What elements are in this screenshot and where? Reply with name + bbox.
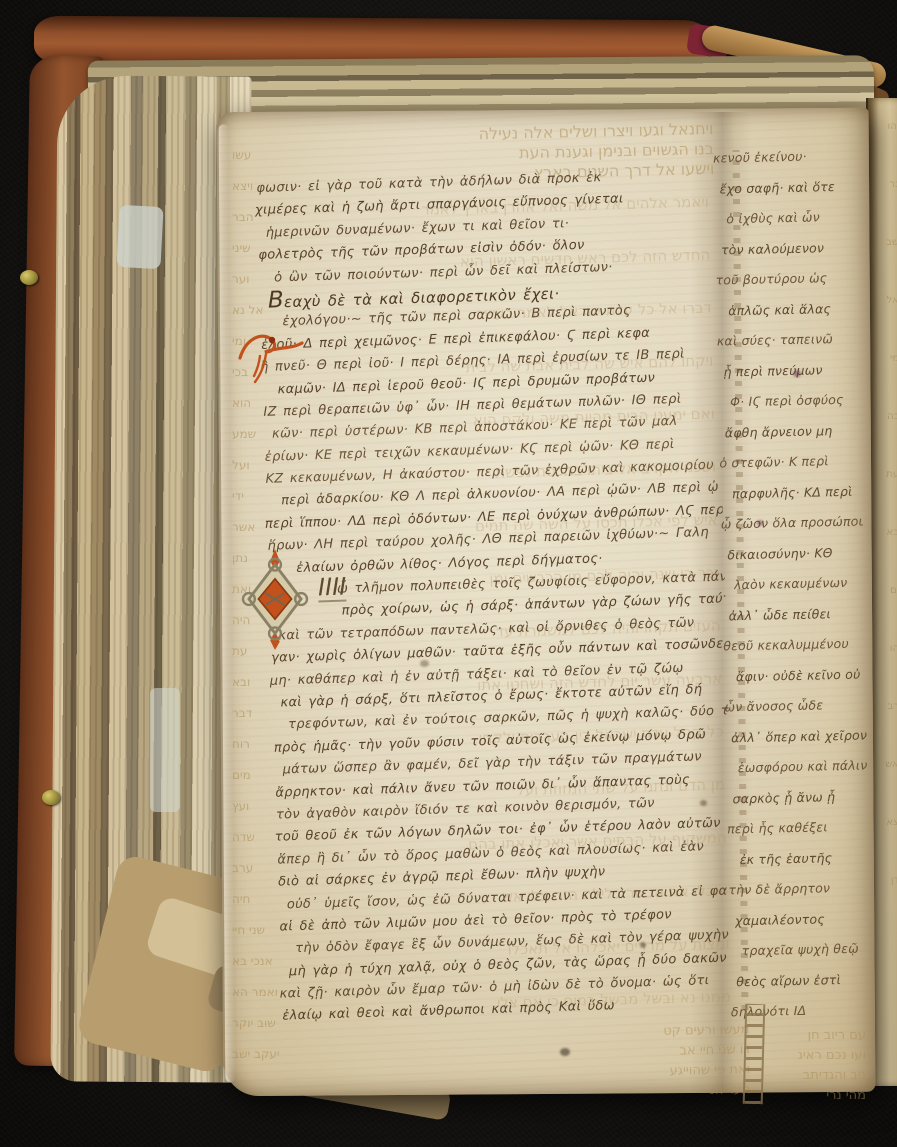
- hebrew-fragment: דן: [872, 852, 897, 910]
- hebrew-fragment: צא: [872, 794, 897, 852]
- hebrew-fragment: יעקב ישב: [232, 1039, 328, 1070]
- hebrew-fragment: עת: [872, 446, 897, 504]
- hebrew-fragment: רב: [872, 678, 897, 736]
- hebrew-line: ניב והגדיתב: [762, 1066, 866, 1086]
- hebrew-fragment: ים: [872, 562, 897, 620]
- hebrew-line: עם ריוב חן: [762, 1026, 866, 1046]
- hebrew-line: תעו יהנ: [545, 1080, 750, 1104]
- manuscript-photo: יהונרשבאלמיכהעתבאיםהורבאשצאדן ויחנאל וגע…: [0, 0, 897, 1147]
- greek-line: Φ· ΙϚ περὶ ὀσφύος: [730, 385, 861, 418]
- hebrew-fragment: נר: [872, 156, 897, 214]
- greek-line: ᾗ περὶ πνεύμων: [723, 354, 860, 387]
- greek-line: ἐκ τῆς ἑαυτῆς: [739, 842, 870, 875]
- greek-line: τὸν καλούμενον: [721, 232, 858, 265]
- brass-pin: [42, 790, 60, 805]
- greek-line: θεὸς αἴρων ἐστὶ: [736, 964, 873, 997]
- gutter-text-column: κενοῦ ἐκείνου·ἔχο σαφῆ· καὶ ὅτεὁ ἰχθὺς κ…: [713, 141, 873, 1028]
- red-flourish-ornament: [236, 324, 316, 392]
- greek-line: ἔχο σαφῆ· καὶ ὅτε: [719, 171, 856, 204]
- hebrew-fragment: בא: [872, 504, 897, 562]
- greek-line: ὧν ἄνοσος ὧδε: [724, 689, 867, 722]
- pale-leaf-slip: [116, 205, 163, 269]
- greek-line: περὶ ἧς καθέξει: [727, 811, 870, 844]
- hebrew-underwriting-bottom: מעשו ורעים קטויו שני חיי אבואת פי שהוייג…: [544, 1020, 750, 1104]
- stain-spot: [757, 520, 763, 526]
- hebrew-fragment: מי: [872, 330, 897, 388]
- greek-line: ἄφιν· οὐδὲ κεῖνο οὐ: [736, 659, 867, 692]
- hebrew-fragment: אל: [872, 272, 897, 330]
- stain-spot: [793, 370, 801, 377]
- stain-spot: [640, 942, 646, 948]
- hebrew-line: ועו נכם ראינ: [762, 1046, 866, 1066]
- diamond-ornament: [236, 548, 314, 650]
- greek-line: δικαιοσύνην· ΚΘ: [727, 537, 864, 570]
- hebrew-line: מהי נרי: [762, 1086, 866, 1106]
- stain-spot: [560, 1048, 570, 1056]
- greek-line: θεοῦ κεκαλυμμένου: [723, 629, 866, 662]
- greek-line: ᾧ ζῶον ὅλα προσώπου: [720, 507, 863, 540]
- greek-line: ἀλλ᾽ ὧδε πείθει: [728, 598, 865, 631]
- hebrew-fragment: יהו: [872, 98, 897, 156]
- brass-pin: [20, 270, 38, 285]
- greek-line: τραχεῖα ψυχὴ θεῷ: [741, 933, 872, 966]
- hebrew-fragment: שב: [872, 214, 897, 272]
- greek-line: τὴν δὲ ἄρρητον: [728, 872, 871, 905]
- stitched-repair: [743, 1004, 766, 1104]
- chapter-numeral: ΙΙΙΙ: [318, 574, 347, 603]
- greek-line: παρφυλῆς· ΚΔ περὶ: [732, 476, 863, 509]
- hebrew-fragment: עשו: [232, 140, 328, 171]
- greek-line: ἄφθη ἄρνειον μη: [725, 415, 862, 448]
- greek-line: σαρκὸς ᾗ ἄνω ᾖ: [732, 781, 869, 814]
- greek-line: ὁ στεφῶν· Κ περὶ: [719, 446, 862, 479]
- hebrew-underwriting-bottom-right: עם ריוב חןועו נכם ראינניב והגדיתבמהי נרי: [762, 1026, 866, 1106]
- hebrew-fragment: כה: [872, 388, 897, 446]
- stain-spot: [420, 660, 429, 667]
- hebrew-fragment: אש: [872, 736, 897, 794]
- greek-line: κενοῦ ἐκείνου·: [713, 141, 856, 174]
- greek-line: ὁ ἰχθὺς καὶ ὧν: [726, 202, 857, 235]
- greek-line: τοῦ βουτύρου ὡς: [715, 263, 858, 296]
- hebrew-underwriting: יהונרשבאלמיכהעתבאיםהורבאשצאדן: [872, 98, 897, 1048]
- greek-line: καὶ σύες· ταπεινῶ: [717, 324, 860, 357]
- stain-spot: [700, 800, 707, 806]
- greek-line: ἁπλῶς καὶ ἅλας: [728, 293, 859, 326]
- greek-line: ἑωσφόρου καὶ πάλιν: [738, 750, 869, 783]
- greek-line: χαμαιλέοντος: [735, 903, 872, 936]
- greek-line: ἀλλ᾽ ὅπερ καὶ χεῖρον: [731, 720, 868, 753]
- greek-line: λαὸν κεκαυμένων: [734, 568, 865, 601]
- hebrew-fragment: הו: [872, 620, 897, 678]
- pale-leaf-slip: [150, 688, 180, 812]
